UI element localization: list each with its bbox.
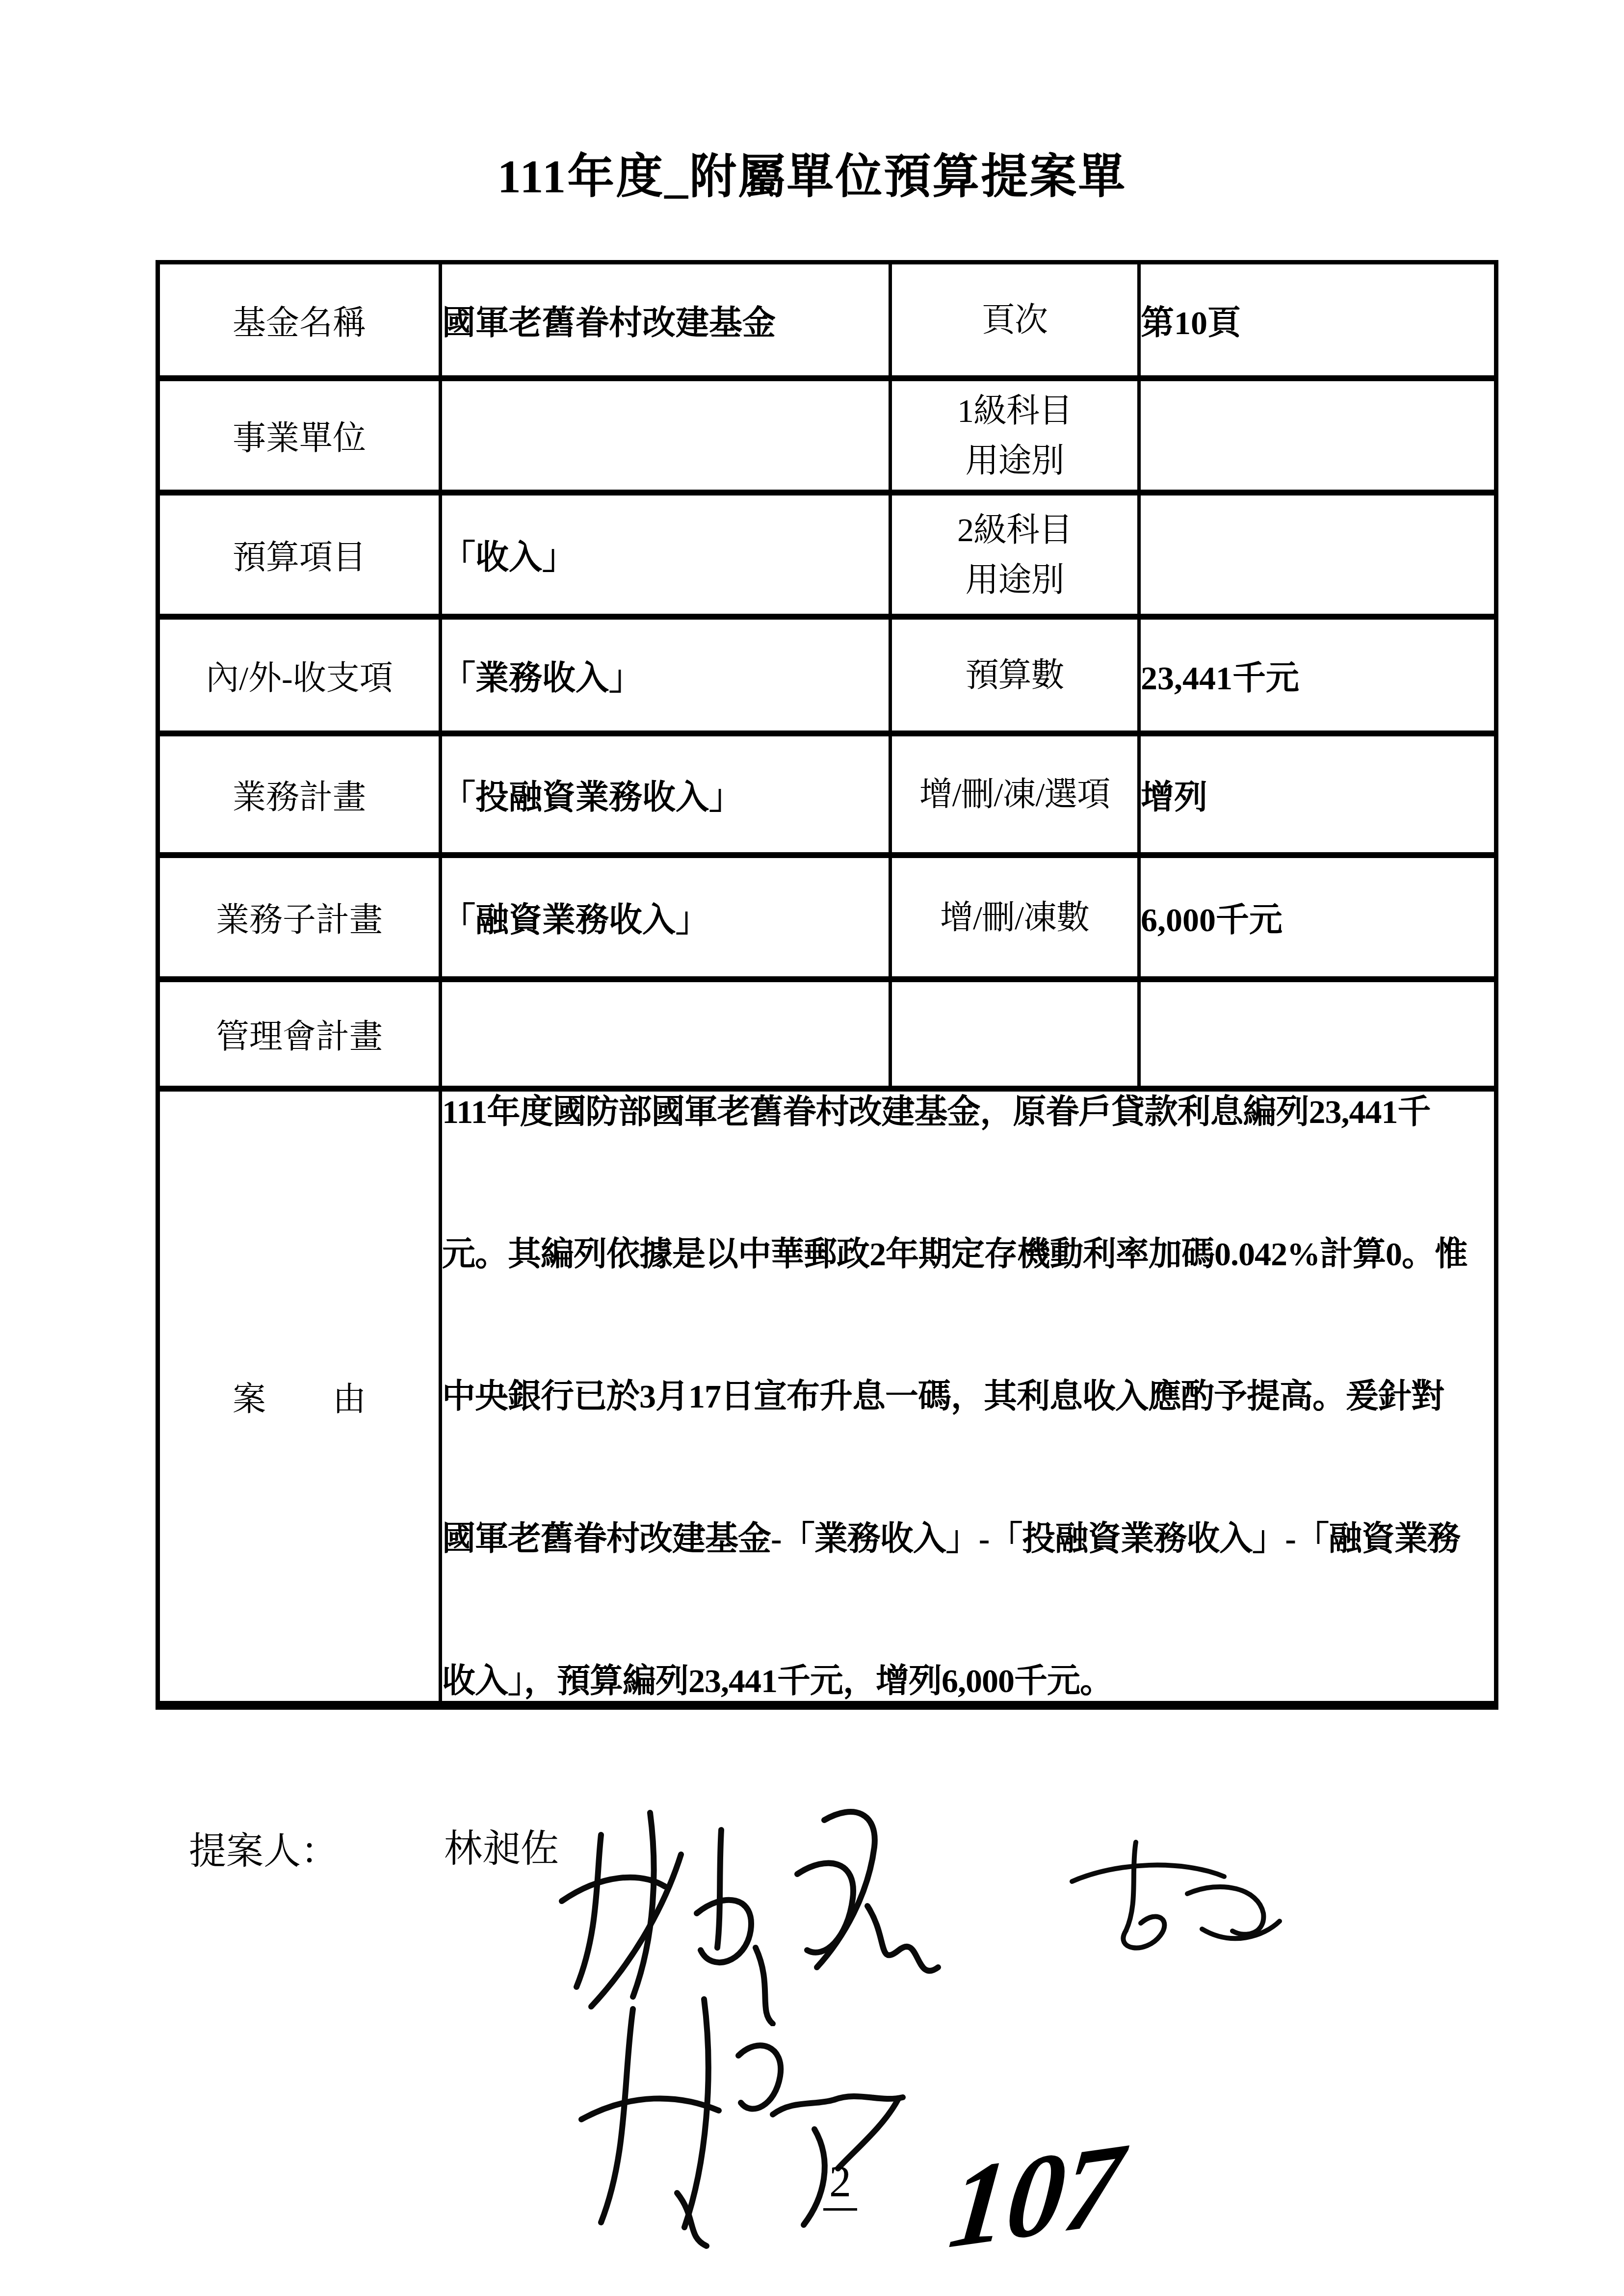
signature-cosigner-right (1040, 1830, 1285, 1962)
budget-amount-label: 預算數 (891, 617, 1139, 733)
business-subplan-label: 業務子計畫 (158, 855, 441, 979)
add-delete-freeze-option-label: 增/刪/凍/選項 (891, 733, 1139, 855)
add-delete-freeze-amount-value: 6,000千元 (1139, 855, 1496, 979)
proposer-label: 提案人： (189, 1821, 338, 1875)
case-reason-line: 元。其編列依據是以中華郵政2年期定存機動利率加碼0.042%計算0。惟 (442, 1234, 1494, 1376)
add-delete-freeze-amount-label: 增/刪/凍數 (891, 855, 1139, 979)
business-subplan-value: 「融資業務收入」 (441, 855, 891, 979)
business-plan-label: 業務計畫 (158, 733, 441, 855)
signature-proposer-handwritten (550, 1791, 952, 2026)
budget-amount-value: 23,441千元 (1139, 617, 1496, 733)
budget-proposal-table: 基金名稱 國軍老舊眷村改建基金 頁次 第10頁 事業單位 1級科目 用途別 預算… (156, 260, 1498, 1710)
level1-subject-value (1139, 378, 1496, 493)
level2-subject-label: 2級科目 用途別 (891, 493, 1139, 617)
page-index-value: 第10頁 (1139, 262, 1496, 379)
in-out-item-label: 內/外-收支項 (158, 617, 441, 733)
budget-item-value: 「收入」 (441, 493, 891, 617)
business-unit-label: 事業單位 (158, 378, 441, 493)
signature-cosigner-lower (559, 1982, 952, 2249)
fund-name-label: 基金名稱 (158, 262, 441, 379)
page-index-label: 頁次 (891, 262, 1139, 379)
table-row: 案 由 111年度國防部國軍老舊眷村改建基金，原眷戶貸款利息編列23,441千 … (158, 1089, 1496, 1705)
management-plan-value (441, 979, 891, 1089)
add-delete-freeze-option-value: 增列 (1139, 733, 1496, 855)
business-plan-value: 「投融資業務收入」 (441, 733, 891, 855)
case-reason-line: 收入」，預算編列23,441千元，增列6,000千元。 (442, 1661, 1494, 1701)
scanned-document-page: { "page": { "title": "111年度_附屬單位預算提案單", … (0, 0, 1624, 2296)
case-reason-text: 111年度國防部國軍老舊眷村改建基金，原眷戶貸款利息編列23,441千 元。其編… (441, 1089, 1496, 1705)
in-out-item-value: 「業務收入」 (441, 617, 891, 733)
table-row: 預算項目 「收入」 2級科目 用途別 (158, 493, 1496, 617)
fund-name-value: 國軍老舊眷村改建基金 (441, 262, 891, 379)
case-reason-label: 案 由 (158, 1089, 441, 1705)
table-row: 業務子計畫 「融資業務收入」 增/刪/凍數 6,000千元 (158, 855, 1496, 979)
table-row: 業務計畫 「投融資業務收入」 增/刪/凍/選項 增列 (158, 733, 1496, 855)
business-unit-value (441, 378, 891, 493)
table-row: 事業單位 1級科目 用途別 (158, 378, 1496, 493)
table-row: 管理會計畫 (158, 979, 1496, 1089)
level1-subject-label: 1級科目 用途別 (891, 378, 1139, 493)
management-plan-subvalue (1139, 979, 1496, 1089)
table-row: 內/外-收支項 「業務收入」 預算數 23,441千元 (158, 617, 1496, 733)
proposer-name: 林昶佐 (444, 1818, 559, 1873)
page-title: 111年度_附屬單位預算提案單 (0, 139, 1624, 206)
management-plan-label: 管理會計畫 (158, 979, 441, 1089)
case-reason-line: 111年度國防部國軍老舊眷村改建基金，原眷戶貸款利息編列23,441千 (442, 1092, 1494, 1234)
case-reason-line: 中央銀行已於3月17日宣布升息一碼，其利息收入應酌予提高。爰針對 (442, 1376, 1494, 1518)
budget-item-label: 預算項目 (158, 493, 441, 617)
level2-subject-value (1139, 493, 1496, 617)
case-reason-line: 國軍老舊眷村改建基金-「業務收入」-「投融資業務收入」-「融資業務 (442, 1518, 1494, 1661)
handwritten-page-number: 107 (944, 2125, 1128, 2267)
page-number: 2 (823, 2157, 857, 2211)
table-row: 基金名稱 國軍老舊眷村改建基金 頁次 第10頁 (158, 262, 1496, 379)
management-plan-sublabel (891, 979, 1139, 1089)
